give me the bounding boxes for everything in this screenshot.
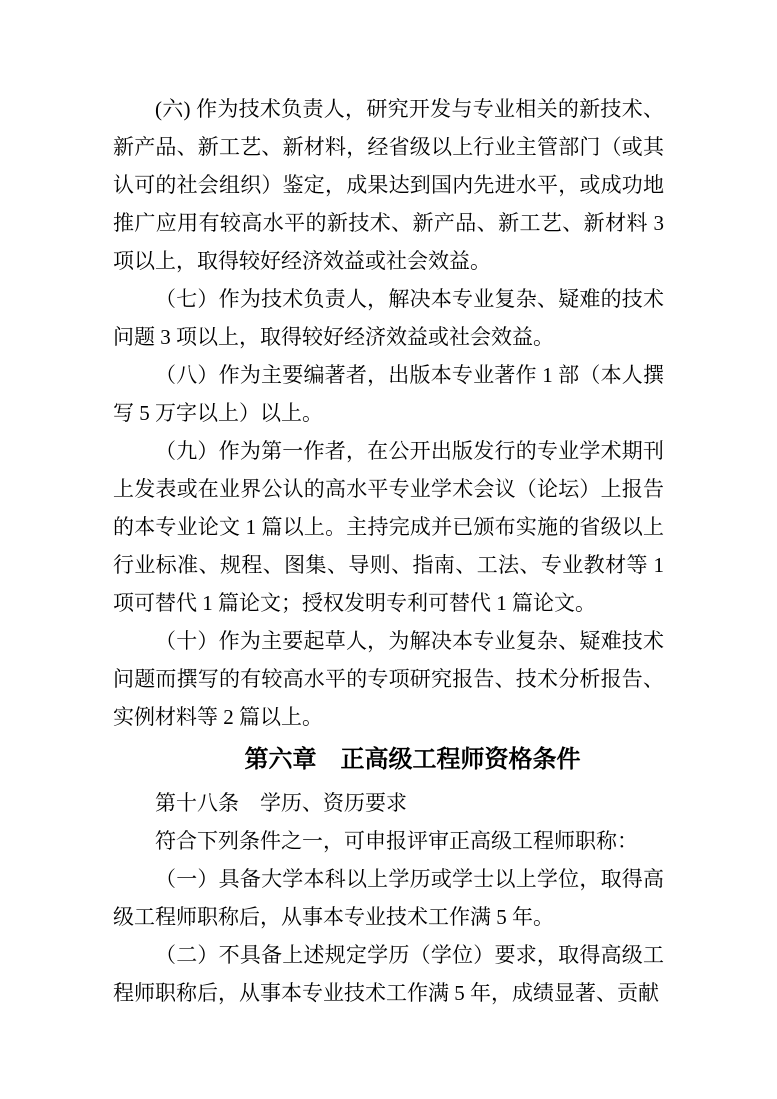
article-heading-line: 第十八条 学历、资历要求: [113, 784, 664, 822]
chapter-heading: 第六章 正高级工程师资格条件: [113, 739, 664, 781]
clause-ten-paragraph: （十）作为主要起草人，为解决本专业复杂、疑难技术问题而撰写的有较高水平的专项研究…: [113, 622, 664, 736]
clause-seven-paragraph: （七）作为技术负责人，解决本专业复杂、疑难的技术问题 3 项以上，取得较好经济效…: [113, 280, 664, 356]
condition-two-paragraph: （二）不具备上述规定学历（学位）要求，取得高级工程师职称后，从事本专业技术工作满…: [113, 936, 664, 1012]
clause-nine-paragraph: （九）作为第一作者，在公开出版发行的专业学术期刊上发表或在业界公认的高水平专业学…: [113, 432, 664, 622]
clause-eight-paragraph: （八）作为主要编著者，出版本专业著作 1 部（本人撰写 5 万字以上）以上。: [113, 356, 664, 432]
condition-one-paragraph: （一）具备大学本科以上学历或学士以上学位，取得高级工程师职称后，从事本专业技术工…: [113, 860, 664, 936]
intro-line: 符合下列条件之一，可申报评审正高级工程师职称：: [113, 822, 664, 860]
document-page: (六) 作为技术负责人，研究开发与专业相关的新技术、新产品、新工艺、新材料，经省…: [0, 0, 777, 1099]
clause-six-paragraph: (六) 作为技术负责人，研究开发与专业相关的新技术、新产品、新工艺、新材料，经省…: [113, 90, 664, 280]
